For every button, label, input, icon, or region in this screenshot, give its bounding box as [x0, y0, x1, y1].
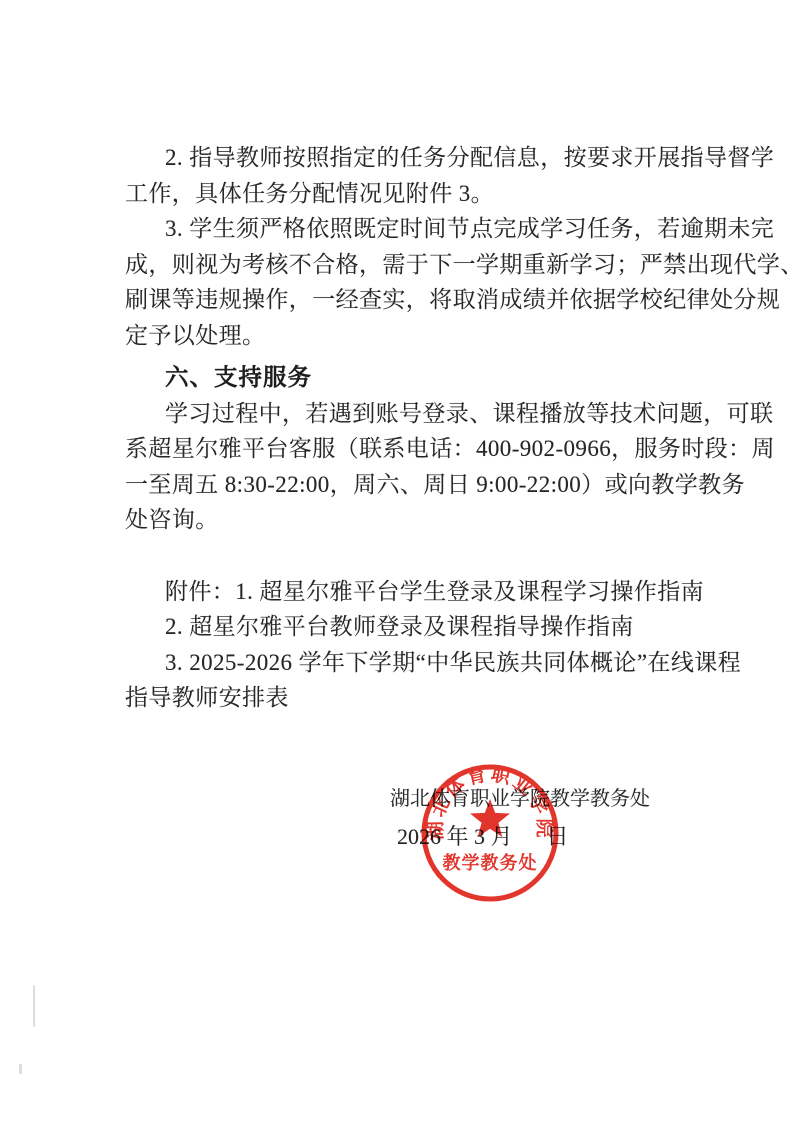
- text-line: 3. 学生须严格依照既定时间节点完成学习任务，若逾期未完: [125, 211, 755, 247]
- text-line: 学习过程中，若遇到账号登录、课程播放等技术问题，可联: [125, 396, 755, 432]
- official-seal: 湖北体育职业学院 教学教务处: [420, 763, 560, 903]
- scan-artifact-dot: [19, 1064, 22, 1074]
- document-page: 2. 指导教师按照指定的任务分配信息，按要求开展指导督学工作，具体任务分配情况见…: [0, 0, 800, 1132]
- text-line: 刷课等违规操作，一经查实，将取消成绩并依据学校纪律处分规: [125, 282, 755, 318]
- document-body: 2. 指导教师按照指定的任务分配信息，按要求开展指导督学工作，具体任务分配情况见…: [125, 140, 755, 716]
- text-line: 3. 2025-2026 学年下学期“中华民族共同体概论”在线课程: [125, 645, 755, 681]
- section-heading: 六、支持服务: [125, 360, 755, 396]
- scan-artifact-line: [33, 985, 35, 1027]
- text-line: 系超星尔雅平台客服（联系电话：400-902-0966，服务时段：周: [125, 431, 755, 467]
- text-line: 成，则视为考核不合格，需于下一学期重新学习；严禁出现代学、: [125, 247, 755, 283]
- text-line: 定予以处理。: [125, 318, 755, 354]
- text-line: 附件：1. 超星尔雅平台学生登录及课程学习操作指南: [125, 574, 755, 610]
- text-line: 指导教师安排表: [125, 680, 755, 716]
- text-line: 处咨询。: [125, 502, 755, 538]
- seal-star-icon: [470, 799, 510, 837]
- text-line: 2. 指导教师按照指定的任务分配信息，按要求开展指导督学: [125, 140, 755, 176]
- text-line: 一至周五 8:30-22:00，周六、周日 9:00-22:00）或向教学教务: [125, 467, 755, 503]
- text-line: 2. 超星尔雅平台教师登录及课程指导操作指南: [125, 609, 755, 645]
- seal-bottom-text: 教学教务处: [442, 852, 538, 873]
- text-line: 工作，具体任务分配情况见附件 3。: [125, 176, 755, 212]
